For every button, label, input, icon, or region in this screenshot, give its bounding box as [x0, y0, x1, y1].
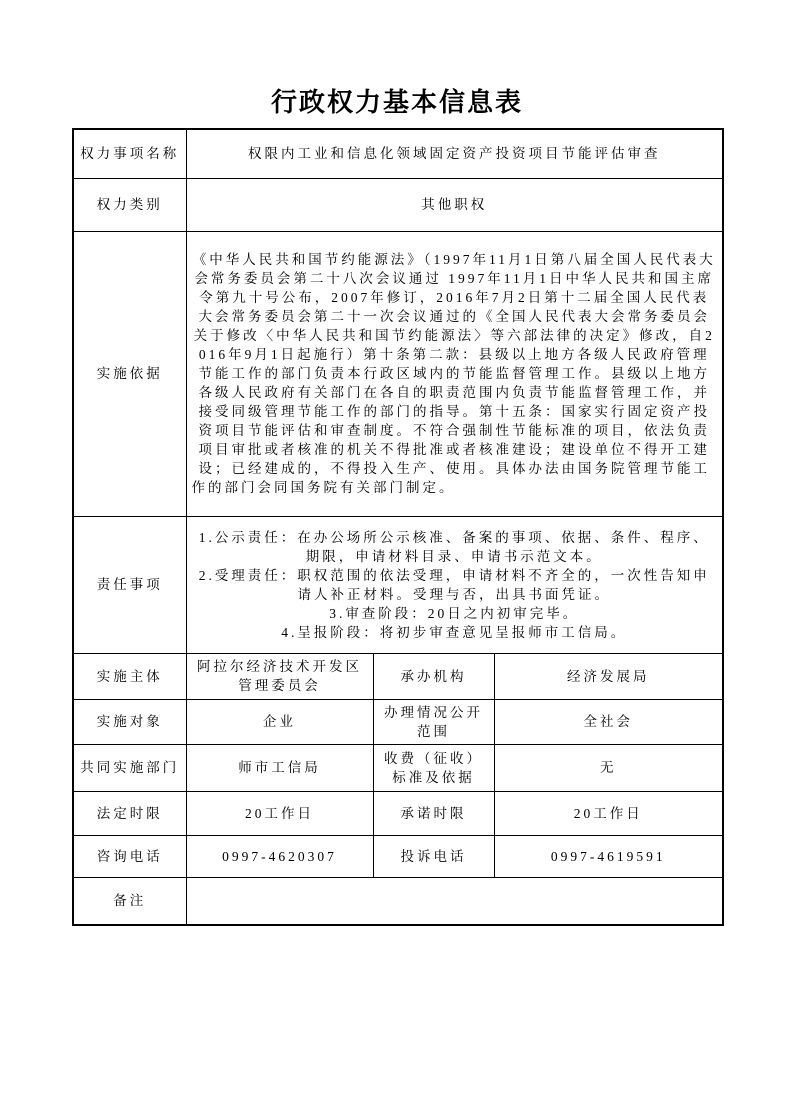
- document-title: 行政权力基本信息表: [0, 82, 794, 119]
- row-remark: 备注: [73, 877, 723, 925]
- power-info-table: 权力事项名称 权限内工业和信息化领域固定资产投资项目节能评估审查 权力类别 其他…: [72, 128, 724, 926]
- row-legal-basis: 实施依据 《中华人民共和国节约能源法》（1997年11月1日第八届全国人民代表大…: [73, 231, 723, 516]
- responsibility-line: 3.审查阶段：20日之内初审完毕。: [192, 604, 718, 623]
- row-item-name: 权力事项名称 权限内工业和信息化领域固定资产投资项目节能评估审查: [73, 129, 723, 178]
- joint-departments-value: 师市工信局: [186, 744, 373, 791]
- promised-time-label: 承诺时限: [373, 791, 494, 835]
- remark-label: 备注: [73, 877, 186, 925]
- item-name-value: 权限内工业和信息化领域固定资产投资项目节能评估审查: [186, 129, 723, 178]
- row-implementing-target: 实施对象 企业 办理情况公开范围 全社会: [73, 699, 723, 744]
- responsibilities-label: 责任事项: [73, 516, 186, 653]
- implementing-target-value: 企业: [186, 699, 373, 744]
- responsibility-line: 4.呈报阶段：将初步审查意见呈报师市工信局。: [192, 623, 718, 642]
- row-implementing-subject: 实施主体 阿拉尔经济技术开发区管理委员会 承办机构 经济发展局: [73, 653, 723, 699]
- responsibilities-value: 1.公示责任：在办公场所公示核准、备案的事项、依据、条件、程序、期限，申请材料目…: [186, 516, 723, 653]
- complaint-phone-value: 0997-4619591: [494, 835, 723, 877]
- document-page: 行政权力基本信息表 权力事项名称 权限内工业和信息化领域固定资产投资项目节能评估…: [0, 0, 794, 1108]
- joint-departments-label: 共同实施部门: [73, 744, 186, 791]
- row-category: 权力类别 其他职权: [73, 178, 723, 231]
- complaint-phone-label: 投诉电话: [373, 835, 494, 877]
- responsibility-line: 2.受理责任：职权范围的依法受理，申请材料不齐全的，一次性告知申请人补正材料。受…: [192, 566, 718, 604]
- statutory-time-value: 20工作日: [186, 791, 373, 835]
- fee-standard-value: 无: [494, 744, 723, 791]
- remark-value: [186, 877, 723, 925]
- disclosure-scope-value: 全社会: [494, 699, 723, 744]
- legal-basis-value: 《中华人民共和国节约能源法》（1997年11月1日第八届全国人民代表大会常务委员…: [186, 231, 723, 516]
- item-name-label: 权力事项名称: [73, 129, 186, 178]
- implementing-target-label: 实施对象: [73, 699, 186, 744]
- row-time-limits: 法定时限 20工作日 承诺时限 20工作日: [73, 791, 723, 835]
- disclosure-scope-label: 办理情况公开范围: [373, 699, 494, 744]
- row-responsibilities: 责任事项 1.公示责任：在办公场所公示核准、备案的事项、依据、条件、程序、期限，…: [73, 516, 723, 653]
- handling-agency-value: 经济发展局: [494, 653, 723, 699]
- implementing-subject-value: 阿拉尔经济技术开发区管理委员会: [186, 653, 373, 699]
- inquiry-phone-label: 咨询电话: [73, 835, 186, 877]
- inquiry-phone-value: 0997-4620307: [186, 835, 373, 877]
- fee-standard-label: 收费（征收）标准及依据: [373, 744, 494, 791]
- category-label: 权力类别: [73, 178, 186, 231]
- row-phones: 咨询电话 0997-4620307 投诉电话 0997-4619591: [73, 835, 723, 877]
- statutory-time-label: 法定时限: [73, 791, 186, 835]
- implementing-subject-label: 实施主体: [73, 653, 186, 699]
- row-joint-departments: 共同实施部门 师市工信局 收费（征收）标准及依据 无: [73, 744, 723, 791]
- responsibility-line: 1.公示责任：在办公场所公示核准、备案的事项、依据、条件、程序、期限，申请材料目…: [192, 528, 718, 566]
- handling-agency-label: 承办机构: [373, 653, 494, 699]
- legal-basis-label: 实施依据: [73, 231, 186, 516]
- category-value: 其他职权: [186, 178, 723, 231]
- promised-time-value: 20工作日: [494, 791, 723, 835]
